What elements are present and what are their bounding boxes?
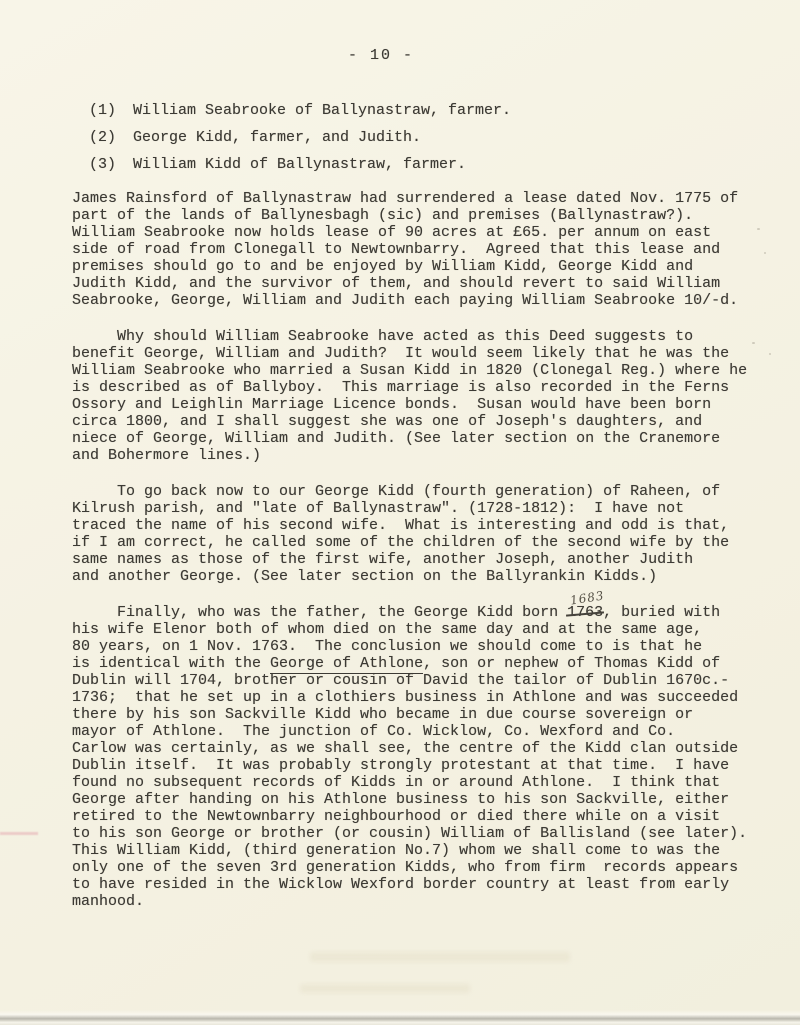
text-segment: mayor of Athlone. The junction of Co. Wi… [72, 723, 675, 740]
text-segment: traced the name of his second wife. What… [72, 517, 729, 534]
list-item-text: William Seabrooke of Ballynastraw, farme… [133, 102, 511, 119]
list-item-text: William Kidd of Ballynastraw, farmer. [133, 156, 466, 173]
text-segment: Seabrooke, George, William and Judith ea… [72, 292, 738, 309]
text-line: retired to the Newtownbarry neighbourhoo… [72, 808, 772, 825]
text-segment: is identical with the [72, 655, 270, 672]
text-line: Finally, who was the father, the George … [72, 604, 772, 621]
text-line: 80 years, on 1 Nov. 1763. The conclusion… [72, 638, 772, 655]
struck-through-year: 1763 [567, 604, 603, 621]
text-line: part of the lands of Ballynesbagh (sic) … [72, 207, 772, 224]
list-item: (1)William Seabrooke of Ballynastraw, fa… [72, 97, 772, 124]
list-item: (3)William Kidd of Ballynastraw, farmer. [72, 151, 772, 178]
text-segment: premises should go to and be enjoyed by … [72, 258, 693, 275]
text-line: circa 1800, and I shall suggest she was … [72, 413, 772, 430]
text-segment: niece of George, William and Judith. (Se… [72, 430, 720, 447]
text-segment: 80 years, on 1 Nov. 1763. The conclusion… [72, 638, 702, 655]
text-line: only one of the seven 3rd generation Kid… [72, 859, 772, 876]
scanned-document-page: - 10 - (1)William Seabrooke of Ballynast… [0, 0, 800, 1025]
text-segment: if I am correct, he called some of the c… [72, 534, 729, 551]
text-line: found no subsequent records of Kidds in … [72, 774, 772, 791]
text-segment: , buried with [603, 604, 720, 621]
scan-speckle [764, 252, 766, 254]
text-segment: This William Kidd, (third generation No.… [72, 842, 720, 859]
text-segment: , son or nephew of Thomas Kidd of [423, 655, 720, 672]
text-segment: Why should William Seabrooke have acted … [72, 328, 693, 345]
text-segment: George after handing on his Athlone busi… [72, 791, 729, 808]
text-segment: his wife Elenor both of whom died on the… [72, 621, 702, 638]
text-segment: Dublin itself. It was probably strongly … [72, 757, 729, 774]
text-line: to his son George or brother (or cousin)… [72, 825, 772, 842]
text-line: to have resided in the Wicklow Wexford b… [72, 876, 772, 893]
text-segment: Ossory and Leighlin Marriage Licence bon… [72, 396, 711, 413]
text-line: mayor of Athlone. The junction of Co. Wi… [72, 723, 772, 740]
paragraph: Why should William Seabrooke have acted … [72, 328, 772, 464]
text-segment: and another George. (See later section o… [72, 568, 657, 585]
text-line: Ossory and Leighlin Marriage Licence bon… [72, 396, 772, 413]
text-segment: William Seabrooke who married a Susan Ki… [72, 362, 747, 379]
text-line: Kilrush parish, and "late of Ballynastra… [72, 500, 772, 517]
text-segment: Kilrush parish, and "late of Ballynastra… [72, 500, 684, 517]
text-line: Why should William Seabrooke have acted … [72, 328, 772, 345]
text-line: traced the name of his second wife. What… [72, 517, 772, 534]
scan-bottom-edge [0, 1010, 800, 1025]
text-segment: manhood. [72, 893, 144, 910]
text-line: benefit George, William and Judith? It w… [72, 345, 772, 362]
text-segment: Carlow was certainly, as we shall see, t… [72, 740, 738, 757]
text-line: and Bohermore lines.) [72, 447, 772, 464]
text-line: Judith Kidd, and the survivor of them, a… [72, 275, 772, 292]
paragraph: To go back now to our George Kidd (fourt… [72, 483, 772, 585]
list-marker: (3) [89, 151, 133, 178]
text-segment: benefit George, William and Judith? It w… [72, 345, 729, 362]
text-segment: To go back now to our George Kidd (fourt… [72, 483, 720, 500]
text-line: there by his son Sackville Kidd who beca… [72, 706, 772, 723]
text-line: William Seabrooke who married a Susan Ki… [72, 362, 772, 379]
text-segment: circa 1800, and I shall suggest she was … [72, 413, 702, 430]
text-line: side of road from Clonegall to Newtownba… [72, 241, 772, 258]
text-segment: only one of the seven 3rd generation Kid… [72, 859, 738, 876]
text-line: Dublin will 1704, brother or cousin of D… [72, 672, 772, 689]
text-segment: Dublin will 1704, brother or cousin of D… [72, 672, 729, 689]
text-segment: side of road from Clonegall to Newtownba… [72, 241, 720, 258]
text-line: niece of George, William and Judith. (Se… [72, 430, 772, 447]
text-segment: retired to the Newtownbarry neighbourhoo… [72, 808, 720, 825]
text-segment: found no subsequent records of Kidds in … [72, 774, 720, 791]
scan-speckle [769, 353, 771, 355]
text-line: 1736; that he set up in a clothiers busi… [72, 689, 772, 706]
text-line: Dublin itself. It was probably strongly … [72, 757, 772, 774]
list-marker: (2) [89, 124, 133, 151]
text-segment: is described as of Ballyboy. This marria… [72, 379, 729, 396]
text-line: his wife Elenor both of whom died on the… [72, 621, 772, 638]
ink-bleed-ghost [300, 984, 470, 993]
list-item: (2)George Kidd, farmer, and Judith. [72, 124, 772, 151]
scan-speckle [752, 342, 755, 344]
page-number: - 10 - [348, 47, 414, 64]
text-line: Carlow was certainly, as we shall see, t… [72, 740, 772, 757]
text-line: To go back now to our George Kidd (fourt… [72, 483, 772, 500]
paragraph: James Rainsford of Ballynastraw had surr… [72, 190, 772, 309]
text-line: Seabrooke, George, William and Judith ea… [72, 292, 772, 309]
text-line: is described as of Ballyboy. This marria… [72, 379, 772, 396]
pink-scan-artifact [0, 832, 38, 835]
text-segment: Finally, who was the father, the George … [72, 604, 567, 621]
scan-speckle [757, 228, 760, 230]
text-segment: Judith Kidd, and the survivor of them, a… [72, 275, 720, 292]
numbered-list: (1)William Seabrooke of Ballynastraw, fa… [72, 97, 772, 178]
text-segment: same names as those of the first wife, a… [72, 551, 693, 568]
text-segment: part of the lands of Ballynesbagh (sic) … [72, 207, 693, 224]
text-segment: William Seabrooke now holds lease of 90 … [72, 224, 711, 241]
text-line: This William Kidd, (third generation No.… [72, 842, 772, 859]
text-line: premises should go to and be enjoyed by … [72, 258, 772, 275]
document-body: (1)William Seabrooke of Ballynastraw, fa… [72, 97, 772, 910]
ink-bleed-ghost [310, 952, 570, 962]
text-line: George after handing on his Athlone busi… [72, 791, 772, 808]
text-segment: James Rainsford of Ballynastraw had surr… [72, 190, 738, 207]
text-line: James Rainsford of Ballynastraw had surr… [72, 190, 772, 207]
text-segment: to his son George or brother (or cousin)… [72, 825, 747, 842]
text-segment: to have resided in the Wicklow Wexford b… [72, 876, 729, 893]
text-line: is identical with the George of Athlone,… [72, 655, 772, 672]
corrected-year: 16831763 [567, 604, 603, 621]
text-segment: 1736; that he set up in a clothiers busi… [72, 689, 738, 706]
text-line: William Seabrooke now holds lease of 90 … [72, 224, 772, 241]
text-line: same names as those of the first wife, a… [72, 551, 772, 568]
paragraph: Finally, who was the father, the George … [72, 604, 772, 910]
text-segment: and Bohermore lines.) [72, 447, 261, 464]
list-marker: (1) [89, 97, 133, 124]
text-segment: there by his son Sackville Kidd who beca… [72, 706, 693, 723]
text-line: and another George. (See later section o… [72, 568, 772, 585]
text-line: if I am correct, he called some of the c… [72, 534, 772, 551]
list-item-text: George Kidd, farmer, and Judith. [133, 129, 421, 146]
text-line: manhood. [72, 893, 772, 910]
